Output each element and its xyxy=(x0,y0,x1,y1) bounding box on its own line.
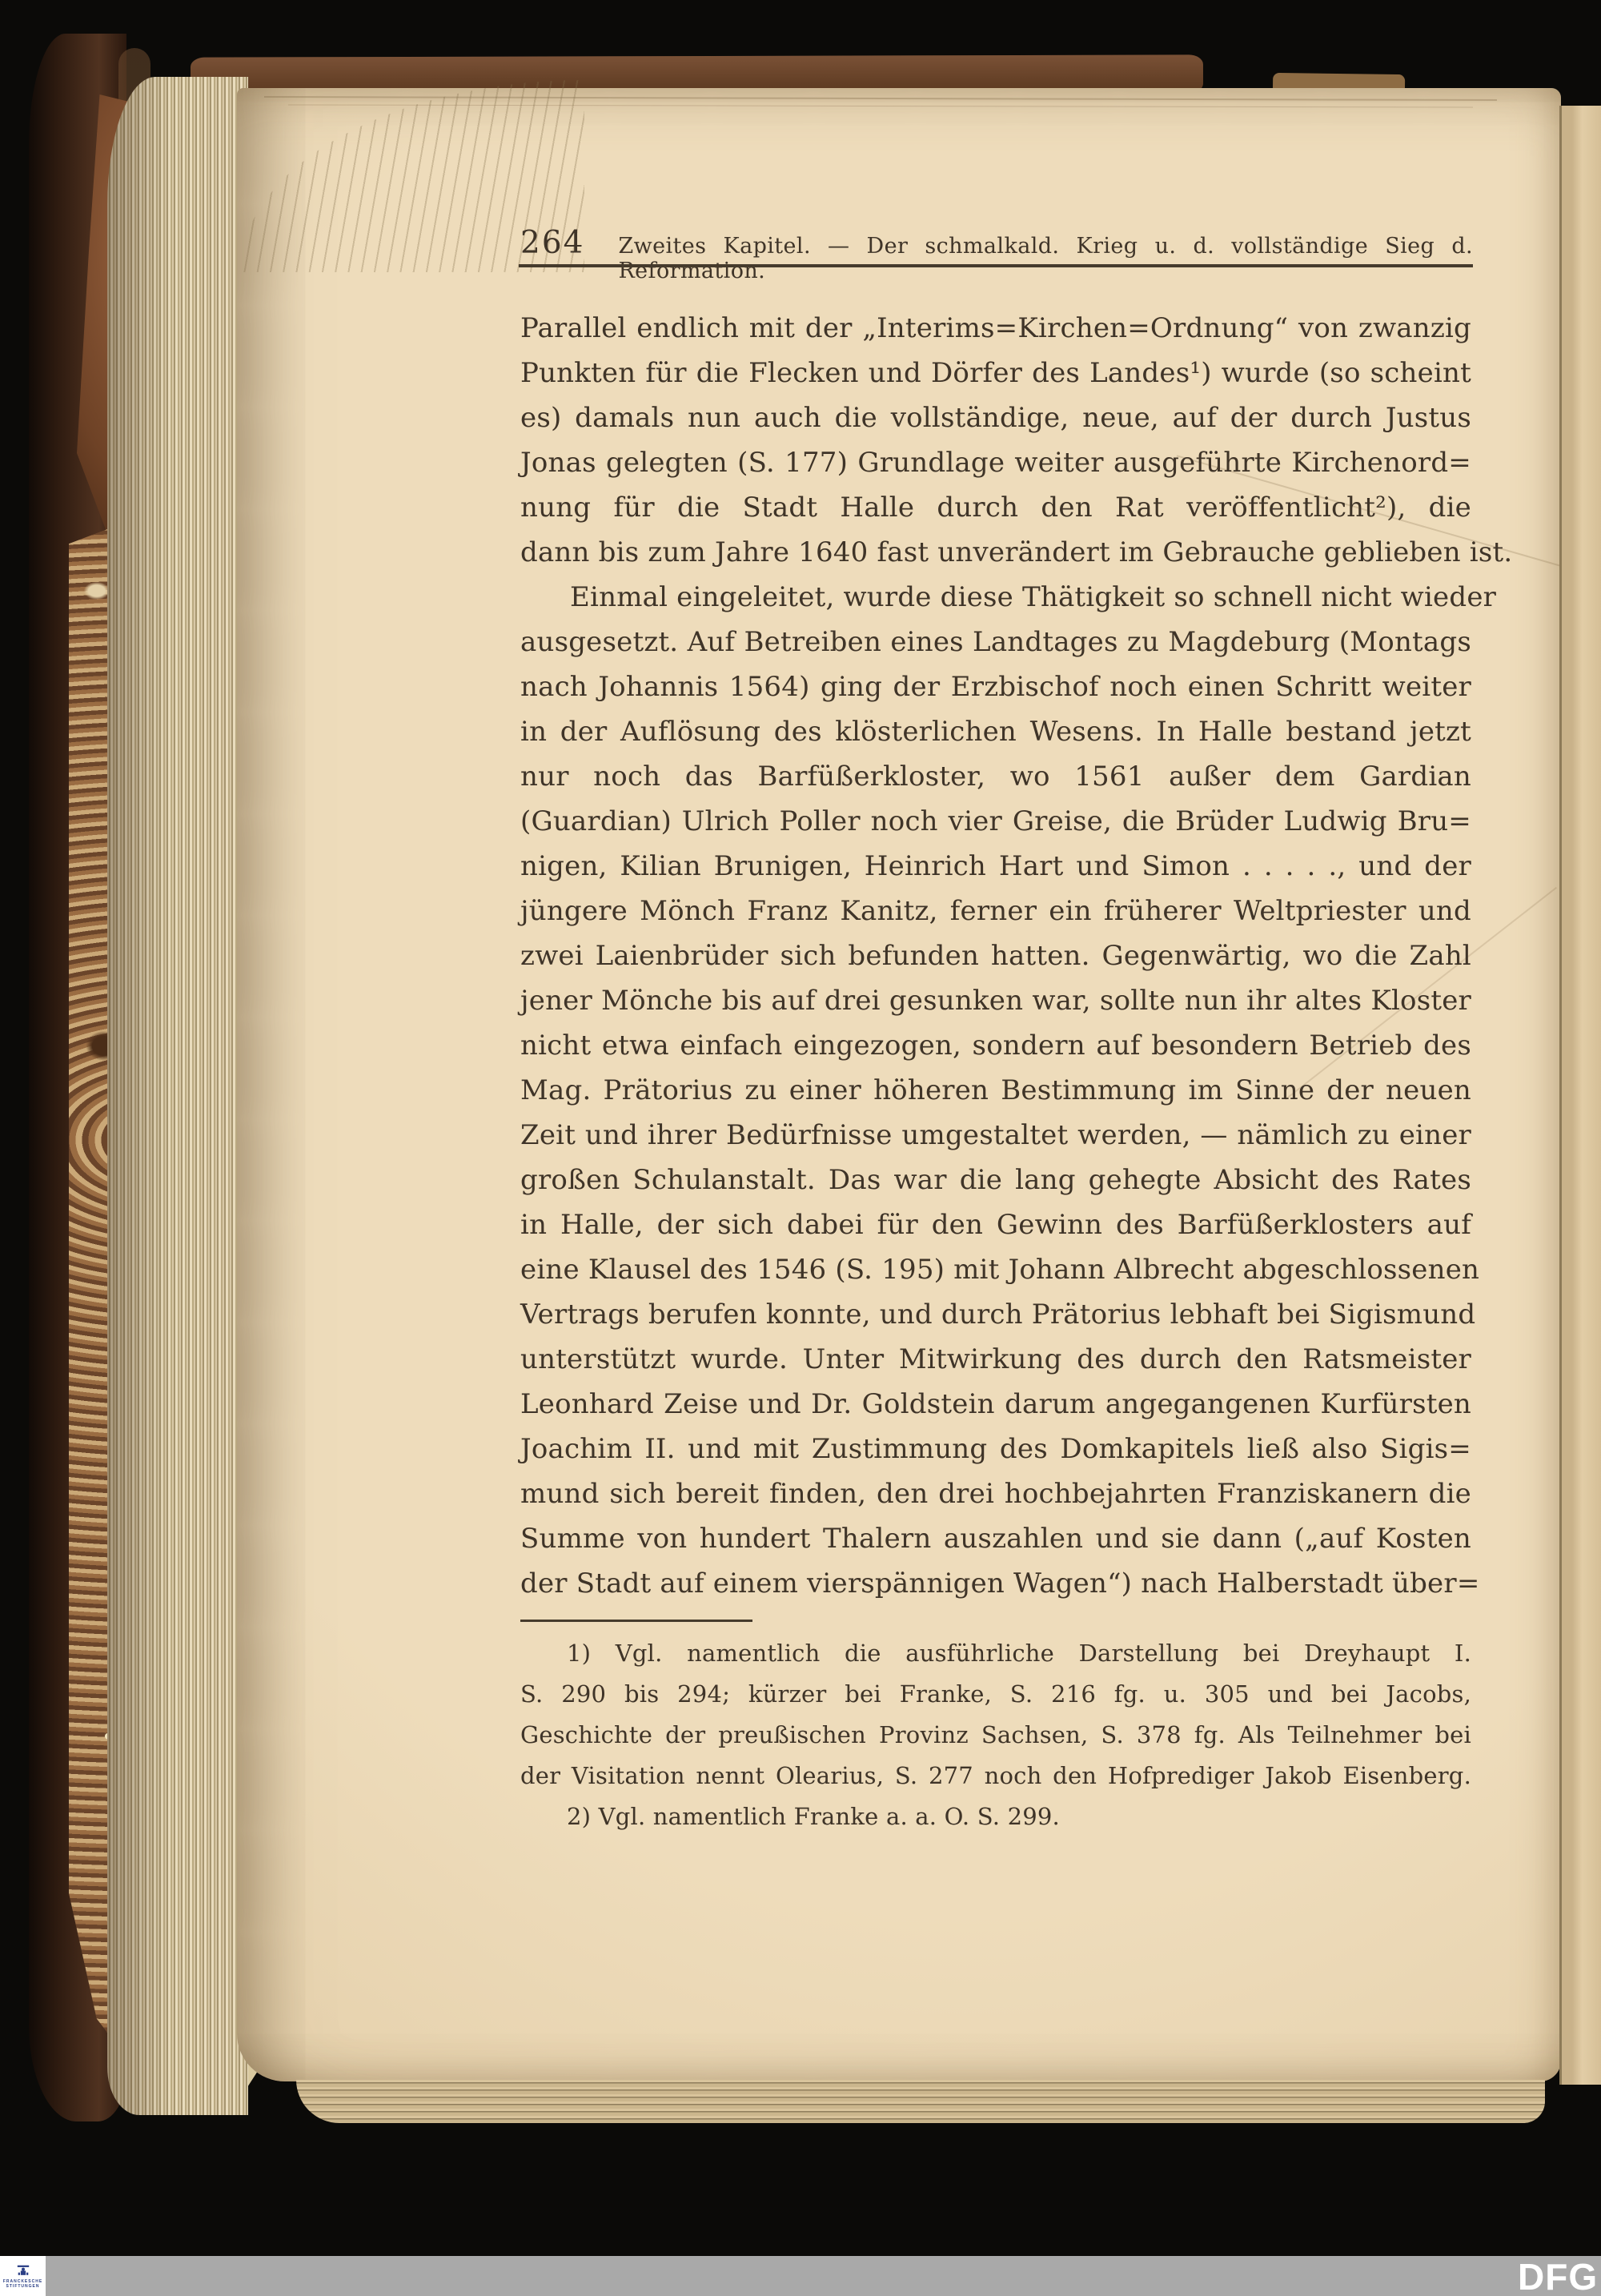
text-line: Einmal eingeleitet, wurde diese Thätigke… xyxy=(520,575,1471,620)
text-line: eine Klausel des 1546 (S. 195) mit Johan… xyxy=(520,1247,1471,1292)
text-line: zwei Laienbrüder sich befunden hatten. G… xyxy=(520,933,1471,978)
text-line: nung für die Stadt Halle durch den Rat v… xyxy=(520,485,1471,530)
text-line: der Stadt auf einem vierspännigen Wagen“… xyxy=(520,1561,1471,1606)
library-logo-text-line2: STIFTUNGEN xyxy=(6,2284,40,2289)
text-line: Joachim II. und mit Zustimmung des Domka… xyxy=(520,1427,1471,1471)
text-line: jener Mönche bis auf drei gesunken war, … xyxy=(520,978,1471,1023)
footnote-line: 2) Vgl. namentlich Franke a. a. O. S. 29… xyxy=(520,1796,1471,1837)
text-line: nur noch das Barfüßerkloster, wo 1561 au… xyxy=(520,754,1471,799)
text-line: nicht etwa einfach eingezogen, sondern a… xyxy=(520,1023,1471,1068)
footnote-line: Geschichte der preußischen Provinz Sachs… xyxy=(520,1715,1471,1756)
header-rule xyxy=(519,264,1473,267)
text-line: dann bis zum Jahre 1640 fast unverändert… xyxy=(520,530,1471,575)
footnote-line: der Visitation nennt Olearius, S. 277 no… xyxy=(520,1756,1471,1796)
text-line: in der Auflösung des klösterlichen Wesen… xyxy=(520,709,1471,754)
footnotes: 1) Vgl. namentlich die ausführliche Dars… xyxy=(520,1633,1471,1837)
body-text: Parallel endlich mit der „Interims=Kirch… xyxy=(520,306,1471,1606)
digitization-footer-bar xyxy=(0,2256,1601,2296)
text-line: ausgesetzt. Auf Betreiben eines Landtage… xyxy=(520,620,1471,664)
text-line: in Halle, der sich dabei für den Gewinn … xyxy=(520,1202,1471,1247)
text-line: nigen, Kilian Brunigen, Heinrich Hart un… xyxy=(520,844,1471,889)
text-line: Vertrags berufen konnte, und durch Präto… xyxy=(520,1292,1471,1337)
text-line: unterstützt wurde. Unter Mitwirkung des … xyxy=(520,1337,1471,1382)
next-page-sliver xyxy=(1559,106,1601,2085)
footnote-line: 1) Vgl. namentlich die ausführliche Dars… xyxy=(520,1633,1471,1674)
text-line: Summe von hundert Thalern auszahlen und … xyxy=(520,1516,1471,1561)
text-line: Leonhard Zeise und Dr. Goldstein darum a… xyxy=(520,1382,1471,1427)
footnote-separator xyxy=(520,1620,752,1622)
page-number: 264 xyxy=(520,225,584,261)
text-line: jüngere Mönch Franz Kanitz, ferner ein f… xyxy=(520,889,1471,933)
dfg-logo: DFG xyxy=(1518,2259,1601,2294)
footnote-line: S. 290 bis 294; kürzer bei Franke, S. 21… xyxy=(520,1674,1471,1715)
library-logo: FRANCKESCHE STIFTUNGEN xyxy=(0,2256,46,2296)
franckesche-stiftungen-icon xyxy=(16,2263,30,2278)
text-line: es) damals nun auch die vollständige, ne… xyxy=(520,395,1471,440)
text-line: Parallel endlich mit der „Interims=Kirch… xyxy=(520,306,1471,351)
text-line: Jonas gelegten (S. 177) Grundlage weiter… xyxy=(520,440,1471,485)
text-line: mund sich bereit finden, den drei hochbe… xyxy=(520,1471,1471,1516)
text-line: (Guardian) Ulrich Poller noch vier Greis… xyxy=(520,799,1471,844)
running-title: Zweites Kapitel. — Der schmalkald. Krieg… xyxy=(618,234,1473,283)
page-bottom-fan xyxy=(296,2080,1545,2123)
page-stack-fore-edge xyxy=(107,77,248,2115)
page-header: 264 Zweites Kapitel. — Der schmalkald. K… xyxy=(520,225,1473,283)
text-line: Mag. Prätorius zu einer höheren Bestimmu… xyxy=(520,1068,1471,1113)
text-line: Zeit und ihrer Bedürfnisse umgestaltet w… xyxy=(520,1113,1471,1158)
text-line: großen Schulanstalt. Das war die lang ge… xyxy=(520,1158,1471,1202)
text-line: nach Johannis 1564) ging der Erzbischof … xyxy=(520,664,1471,709)
text-line: Punkten für die Flecken und Dörfer des L… xyxy=(520,351,1471,395)
